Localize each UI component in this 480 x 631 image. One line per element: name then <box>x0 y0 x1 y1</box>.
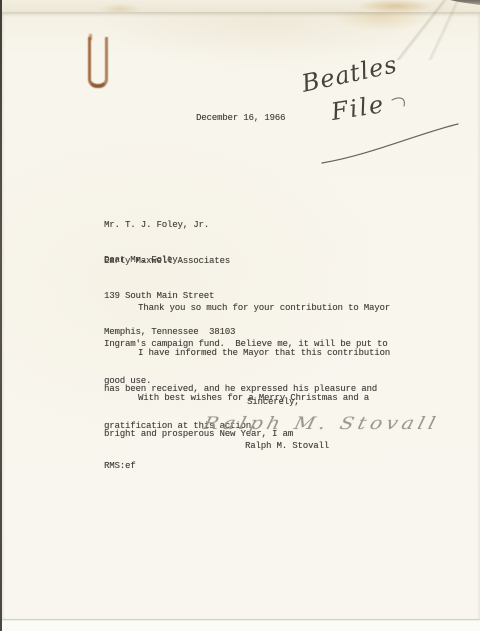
handwritten-signature: Ralph M. Stovall <box>201 414 441 434</box>
letter-date: December 16, 1966 <box>196 113 285 123</box>
recipient-name: Mr. T. J. Foley, Jr. <box>104 220 235 232</box>
body-line: Thank you so much for your contribution … <box>104 302 390 314</box>
typist-initials: RMS:ef <box>104 461 136 471</box>
body-line: With best wishes for a Merry Christmas a… <box>104 392 369 404</box>
scanned-letter-page: Beatles File December 16, 1966 Mr. T. J.… <box>0 0 480 631</box>
closing: Sincerely, <box>247 397 300 407</box>
salutation: Dear Mr. Foley: <box>104 255 183 265</box>
typed-signature-name: Ralph M. Stovall <box>245 441 329 451</box>
body-line: I have informed the Mayor that this cont… <box>104 347 390 359</box>
scan-left-edge <box>0 0 2 631</box>
